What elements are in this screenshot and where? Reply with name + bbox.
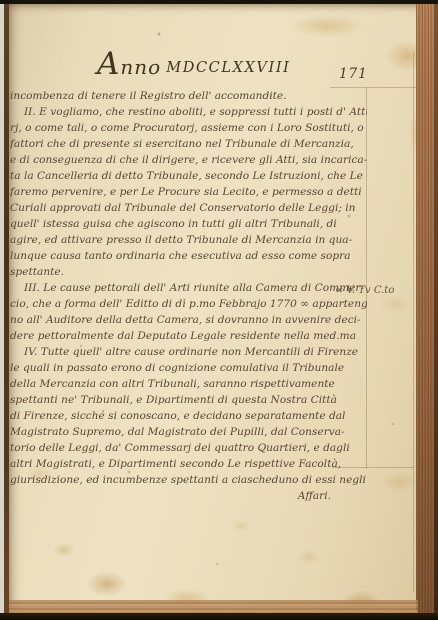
text-line: incombenza di tenere il Registro dell' a… bbox=[10, 88, 367, 104]
text-line: spettante. bbox=[10, 264, 367, 280]
text-line-signature-word: Affari. bbox=[10, 488, 367, 504]
text-line: no all' Auditore della detta Camera, si … bbox=[10, 312, 367, 328]
text-line: giurisdizione, ed incumbenze spettanti a… bbox=[10, 472, 367, 488]
year-heading-roman: MDCCLXXVIII bbox=[166, 60, 290, 76]
page-number: 171 bbox=[339, 66, 368, 82]
year-heading-word: Anno bbox=[97, 54, 161, 79]
year-heading: Anno MDCCLXXVIII bbox=[97, 54, 317, 79]
text-line: quell' istessa guisa che agiscono in tut… bbox=[10, 216, 367, 232]
text-line: fattori che di presente si esercitano ne… bbox=[10, 136, 367, 152]
manuscript-page: Anno MDCCLXXVIII 171 ∞ V. Tv C.to incomb… bbox=[9, 4, 438, 613]
page-stack-bottom-edge bbox=[9, 600, 418, 613]
page-edge-dark-right bbox=[434, 4, 438, 613]
text-line: Magistrato Supremo, dal Magistrato dei P… bbox=[10, 424, 367, 440]
text-line: Curiali approvati dal Tribunale del Cons… bbox=[10, 200, 367, 216]
text-line: agire, ed attivare presso il detto Tribu… bbox=[10, 232, 367, 248]
text-line: cio, che a forma dell' Editto di dì p.mo… bbox=[10, 296, 367, 312]
text-line: dere pettoralmente dal Deputato Legale r… bbox=[10, 328, 367, 344]
text-line: torio delle Leggi, da' Commessarj dei qu… bbox=[10, 440, 367, 456]
text-line: lunque causa tanto ordinaria che esecuti… bbox=[10, 248, 367, 264]
text-line: della Mercanzia con altri Tribunali, sar… bbox=[10, 376, 367, 392]
photo-bottom-shadow bbox=[0, 613, 438, 620]
text-line: altri Magistrati, e Dipartimenti secondo… bbox=[10, 456, 367, 472]
text-line: III. Le cause pettorali dell' Arti riuni… bbox=[10, 280, 367, 296]
text-line: di Firenze, sicché si conoscano, e decid… bbox=[10, 408, 367, 424]
text-line: faremo pervenire, e per Le Procure sia L… bbox=[10, 184, 367, 200]
text-line: rj, o come tali, o come Procuratorj, ass… bbox=[10, 120, 367, 136]
margin-ruling-vertical-outer bbox=[413, 52, 414, 592]
text-line: spettanti ne' Tribunali, e Dipartimenti … bbox=[10, 392, 367, 408]
manuscript-photo: Anno MDCCLXXVIII 171 ∞ V. Tv C.to incomb… bbox=[0, 0, 438, 620]
text-line: ta la Cancelleria di detto Tribunale, se… bbox=[10, 168, 367, 184]
body-text: incombenza di tenere il Registro dell' a… bbox=[10, 88, 367, 504]
photo-top-shadow bbox=[0, 0, 438, 4]
text-line: IV. Tutte quell' altre cause ordinarie n… bbox=[10, 344, 367, 360]
text-line: II. E vogliamo, che restino aboliti, e s… bbox=[10, 104, 367, 120]
text-line: e di conseguenza di che il dirigere, e r… bbox=[10, 152, 367, 168]
text-line: le quali in passato erono di cognizione … bbox=[10, 360, 367, 376]
